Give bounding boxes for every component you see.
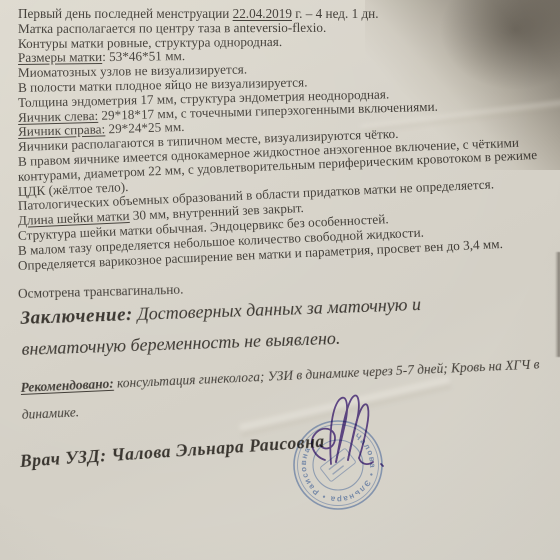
recommendation-label: Рекомендовано: xyxy=(20,376,114,395)
doctor-line: Врач УЗД: Чалова Эльнара Раисовна xyxy=(19,431,325,472)
document-photo: Первый день последней менструации 22.04.… xyxy=(0,0,560,560)
report-line-segment: Первый день последней менструации xyxy=(18,6,233,21)
doctor-signature-icon xyxy=(295,390,395,486)
conclusion-label: Заключение: xyxy=(20,304,133,329)
report-line-segment: г. – 4 нед. 1 дн. xyxy=(292,6,379,21)
report-line-segment: 22.04.2019 xyxy=(233,6,292,21)
findings-list: Первый день последней менструации 22.04.… xyxy=(18,7,558,273)
